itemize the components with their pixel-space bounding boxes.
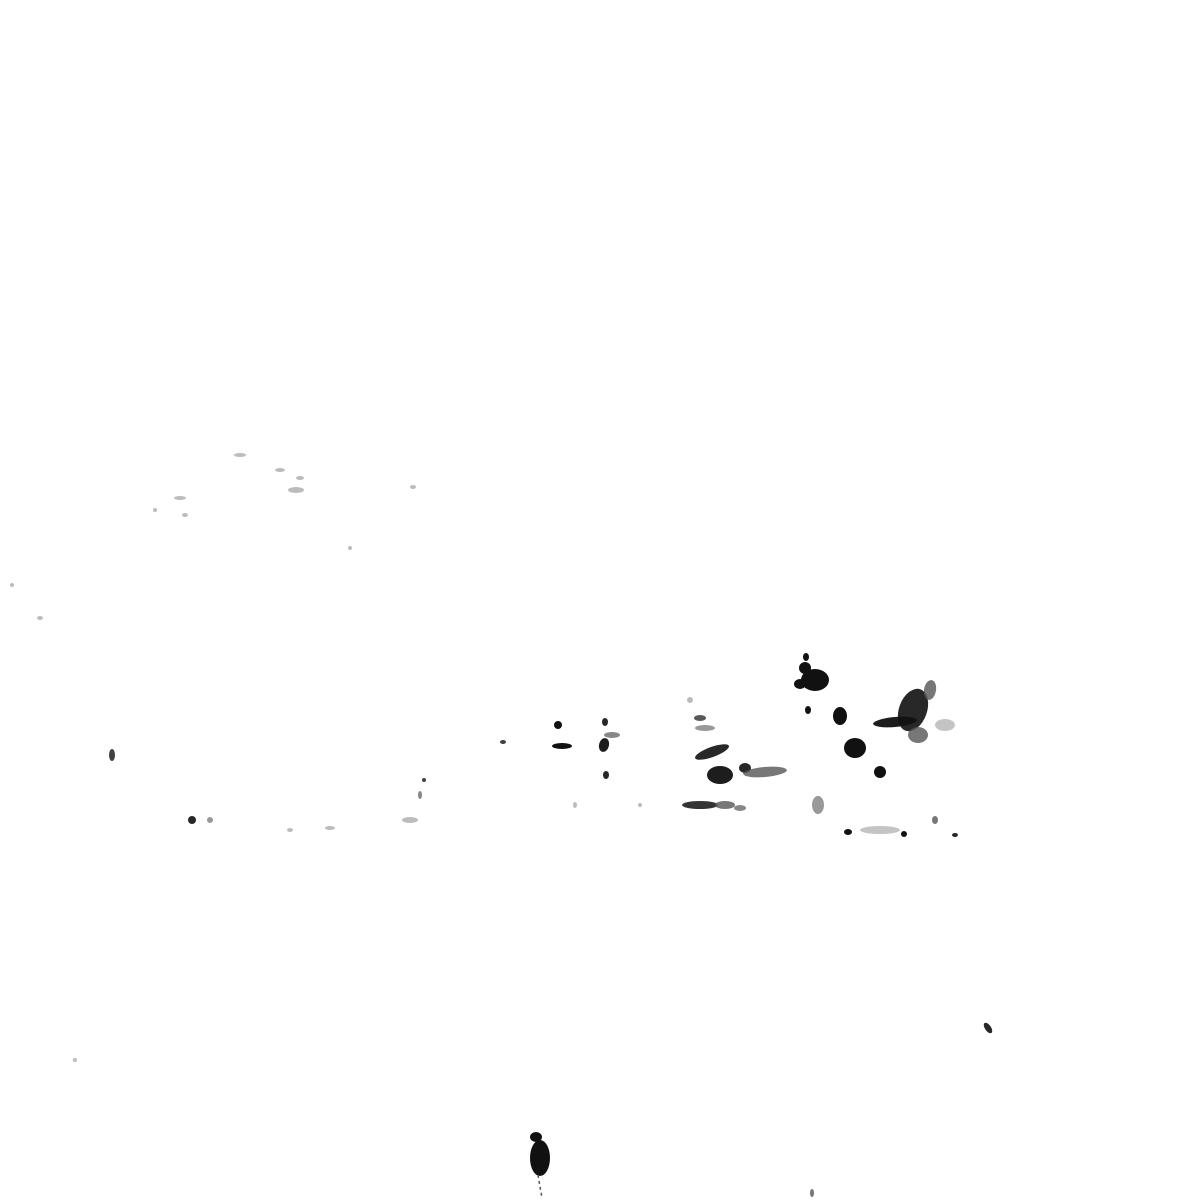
dark-outcrops	[109, 653, 994, 1035]
lone-figure	[530, 1132, 814, 1198]
scene-canvas	[0, 0, 1200, 1200]
